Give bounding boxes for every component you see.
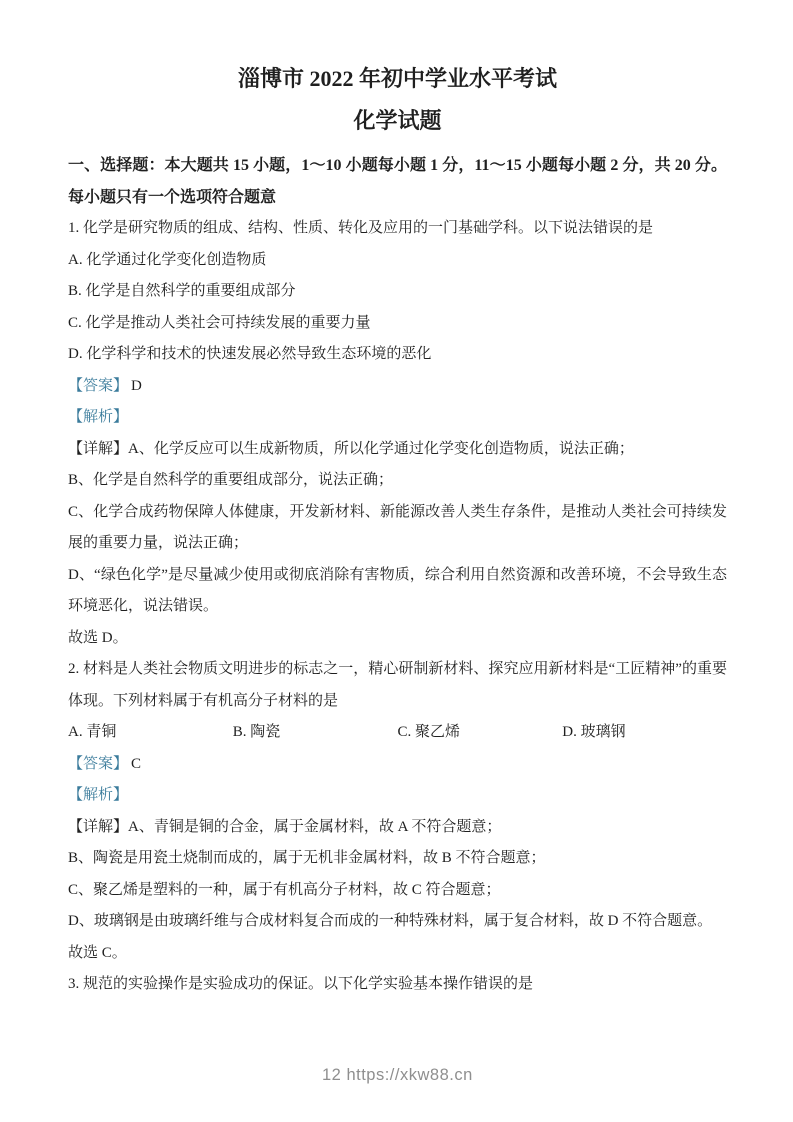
- footer-url: https://xkw88.cn: [346, 1066, 472, 1084]
- question-1-option-c: C. 化学是推动人类社会可持续发展的重要力量: [68, 308, 727, 340]
- analysis-label: 【解析】: [68, 409, 128, 425]
- question-2-answer-line: 【答案】C: [68, 749, 727, 781]
- question-2-stem: 2. 材料是人类社会物质文明进步的标志之一，精心研制新材料、探究应用新材料是“工…: [68, 654, 727, 717]
- question-3-stem: 3. 规范的实验操作是实验成功的保证。以下化学实验基本操作错误的是: [68, 969, 727, 1001]
- question-2-analysis-line: 【解析】: [68, 780, 727, 812]
- question-1-stem: 1. 化学是研究物质的组成、结构、性质、转化及应用的一门基础学科。以下说法错误的…: [68, 213, 727, 245]
- question-2-answer-value: C: [131, 756, 141, 772]
- answer-label: 【答案】: [68, 756, 128, 772]
- question-1-answer-value: D: [131, 378, 142, 394]
- question-2: 2. 材料是人类社会物质文明进步的标志之一，精心研制新材料、探究应用新材料是“工…: [68, 654, 727, 969]
- document-title: 淄博市 2022 年初中学业水平考试: [68, 64, 727, 94]
- question-1-detail-b: B、化学是自然科学的重要组成部分，说法正确；: [68, 465, 727, 497]
- question-1-detail-a: 【详解】A、化学反应可以生成新物质，所以化学通过化学变化创造物质，说法正确；: [68, 434, 727, 466]
- question-1-analysis-line: 【解析】: [68, 402, 727, 434]
- section-header: 一、选择题：本大题共 15 小题，1～10 小题每小题 1 分，11～15 小题…: [68, 150, 727, 213]
- question-1-answer-line: 【答案】D: [68, 371, 727, 403]
- question-1-option-a: A. 化学通过化学变化创造物质: [68, 245, 727, 277]
- question-2-option-b: B. 陶瓷: [233, 717, 398, 749]
- question-2-options-row: A. 青铜 B. 陶瓷 C. 聚乙烯 D. 玻璃钢: [68, 717, 727, 749]
- question-1-detail-c: C、化学合成药物保障人体健康，开发新材料、新能源改善人类生存条件，是推动人类社会…: [68, 497, 727, 560]
- question-1-detail-d: D、“绿色化学”是尽量减少使用或彻底消除有害物质，综合利用自然资源和改善环境，不…: [68, 560, 727, 623]
- question-1: 1. 化学是研究物质的组成、结构、性质、转化及应用的一门基础学科。以下说法错误的…: [68, 213, 727, 654]
- page-number: 12: [322, 1066, 341, 1084]
- analysis-label: 【解析】: [68, 787, 128, 803]
- question-2-option-d: D. 玻璃钢: [562, 717, 727, 749]
- question-2-option-c: C. 聚乙烯: [398, 717, 563, 749]
- answer-label: 【答案】: [68, 378, 128, 394]
- question-1-option-b: B. 化学是自然科学的重要组成部分: [68, 276, 727, 308]
- question-2-detail-a: 【详解】A、青铜是铜的合金，属于金属材料，故 A 不符合题意；: [68, 812, 727, 844]
- question-2-detail-c: C、聚乙烯是塑料的一种，属于有机高分子材料，故 C 符合题意；: [68, 875, 727, 907]
- document-page: 淄博市 2022 年初中学业水平考试 化学试题 一、选择题：本大题共 15 小题…: [0, 0, 793, 1122]
- page-footer: 12 https://xkw88.cn: [322, 1066, 473, 1085]
- question-2-detail-d: D、玻璃钢是由玻璃纤维与合成材料复合而成的一种特殊材料，属于复合材料，故 D 不…: [68, 906, 727, 938]
- question-2-option-a: A. 青铜: [68, 717, 233, 749]
- question-2-conclusion: 故选 C。: [68, 938, 727, 970]
- question-3: 3. 规范的实验操作是实验成功的保证。以下化学实验基本操作错误的是: [68, 969, 727, 1001]
- document-subtitle: 化学试题: [68, 106, 727, 136]
- question-1-option-d: D. 化学科学和技术的快速发展必然导致生态环境的恶化: [68, 339, 727, 371]
- question-1-conclusion: 故选 D。: [68, 623, 727, 655]
- question-2-detail-b: B、陶瓷是用瓷土烧制而成的，属于无机非金属材料，故 B 不符合题意；: [68, 843, 727, 875]
